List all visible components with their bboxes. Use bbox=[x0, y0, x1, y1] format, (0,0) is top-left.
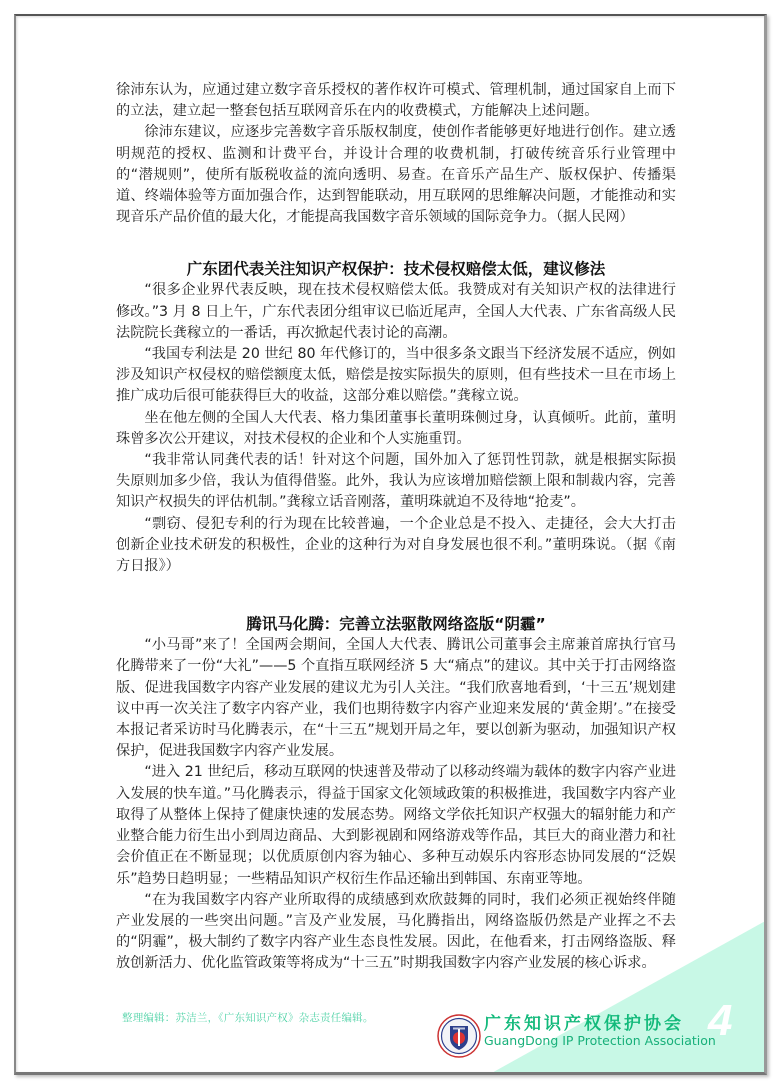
paragraph: “剽窃、侵犯专利的行为现在比较普遍，一个企业总是不投入、走捷径，会大大打击创新企… bbox=[116, 514, 676, 578]
paragraph: 徐沛东认为，应通过建立数字音乐授权的著作权许可模式、管理机制，通过国家自上而下的… bbox=[116, 80, 676, 122]
paragraph: “我非常认同龚代表的话！针对这个问题，国外加入了惩罚性罚款，就是根据实际损失原则… bbox=[116, 450, 676, 514]
page-number: 4 bbox=[708, 996, 732, 1046]
editor-credit: 整理编辑：苏洁兰，《广东知识产权》杂志责任编辑。 bbox=[122, 1010, 374, 1025]
paragraph: “我国专利法是 20 世纪 80 年代修订的，当中很多条文跟当下经济发展不适应，… bbox=[116, 344, 676, 408]
paragraph: 徐沛东建议，应逐步完善数字音乐版权制度，使创作者能够更好地进行创作。建立透明规范… bbox=[116, 122, 676, 228]
article-xu-peidong-tail: 徐沛东认为，应通过建立数字音乐授权的著作权许可模式、管理机制，通过国家自上而下的… bbox=[116, 80, 676, 228]
article-title: 腾讯马化腾：完善立法驱散网络盗版“阴霾” bbox=[116, 613, 676, 635]
article-guangdong-delegation: 广东团代表关注知识产权保护：技术侵权赔偿太低，建议修法 “很多企业界代表反映，现… bbox=[116, 258, 676, 577]
paragraph: “进入 21 世纪后，移动互联网的快速普及带动了以移动终端为载体的数字内容产业进… bbox=[116, 762, 676, 889]
paragraph: “很多企业界代表反映，现在技术侵权赔偿太低。我赞成对有关知识产权的法律进行修改。… bbox=[116, 280, 676, 344]
paragraph: “在为我国数字内容产业所取得的成绩感到欢欣鼓舞的同时，我们必须正视始终伴随产业发… bbox=[116, 890, 676, 975]
association-name-en: GuangDong IP Protection Association bbox=[484, 1033, 716, 1048]
paragraph: 坐在他左侧的全国人大代表、格力集团董事长董明珠侧过身，认真倾听。此前，董明珠曾多… bbox=[116, 408, 676, 450]
article-ma-huateng: 腾讯马化腾：完善立法驱散网络盗版“阴霾” “小马哥”来了！全国两会期间，全国人大… bbox=[116, 613, 676, 974]
association-emblem-icon bbox=[437, 1014, 481, 1058]
document-page: 徐沛东认为，应通过建立数字音乐授权的著作权许可模式、管理机制，通过国家自上而下的… bbox=[14, 14, 767, 1075]
page-content: 徐沛东认为，应通过建立数字音乐授权的著作权许可模式、管理机制，通过国家自上而下的… bbox=[116, 80, 676, 975]
paragraph: “小马哥”来了！全国两会期间，全国人大代表、腾讯公司董事会主席兼首席执行官马化腾… bbox=[116, 635, 676, 762]
association-name-cn: 广东知识产权保护协会 bbox=[484, 1009, 684, 1034]
article-title: 广东团代表关注知识产权保护：技术侵权赔偿太低，建议修法 bbox=[116, 258, 676, 280]
